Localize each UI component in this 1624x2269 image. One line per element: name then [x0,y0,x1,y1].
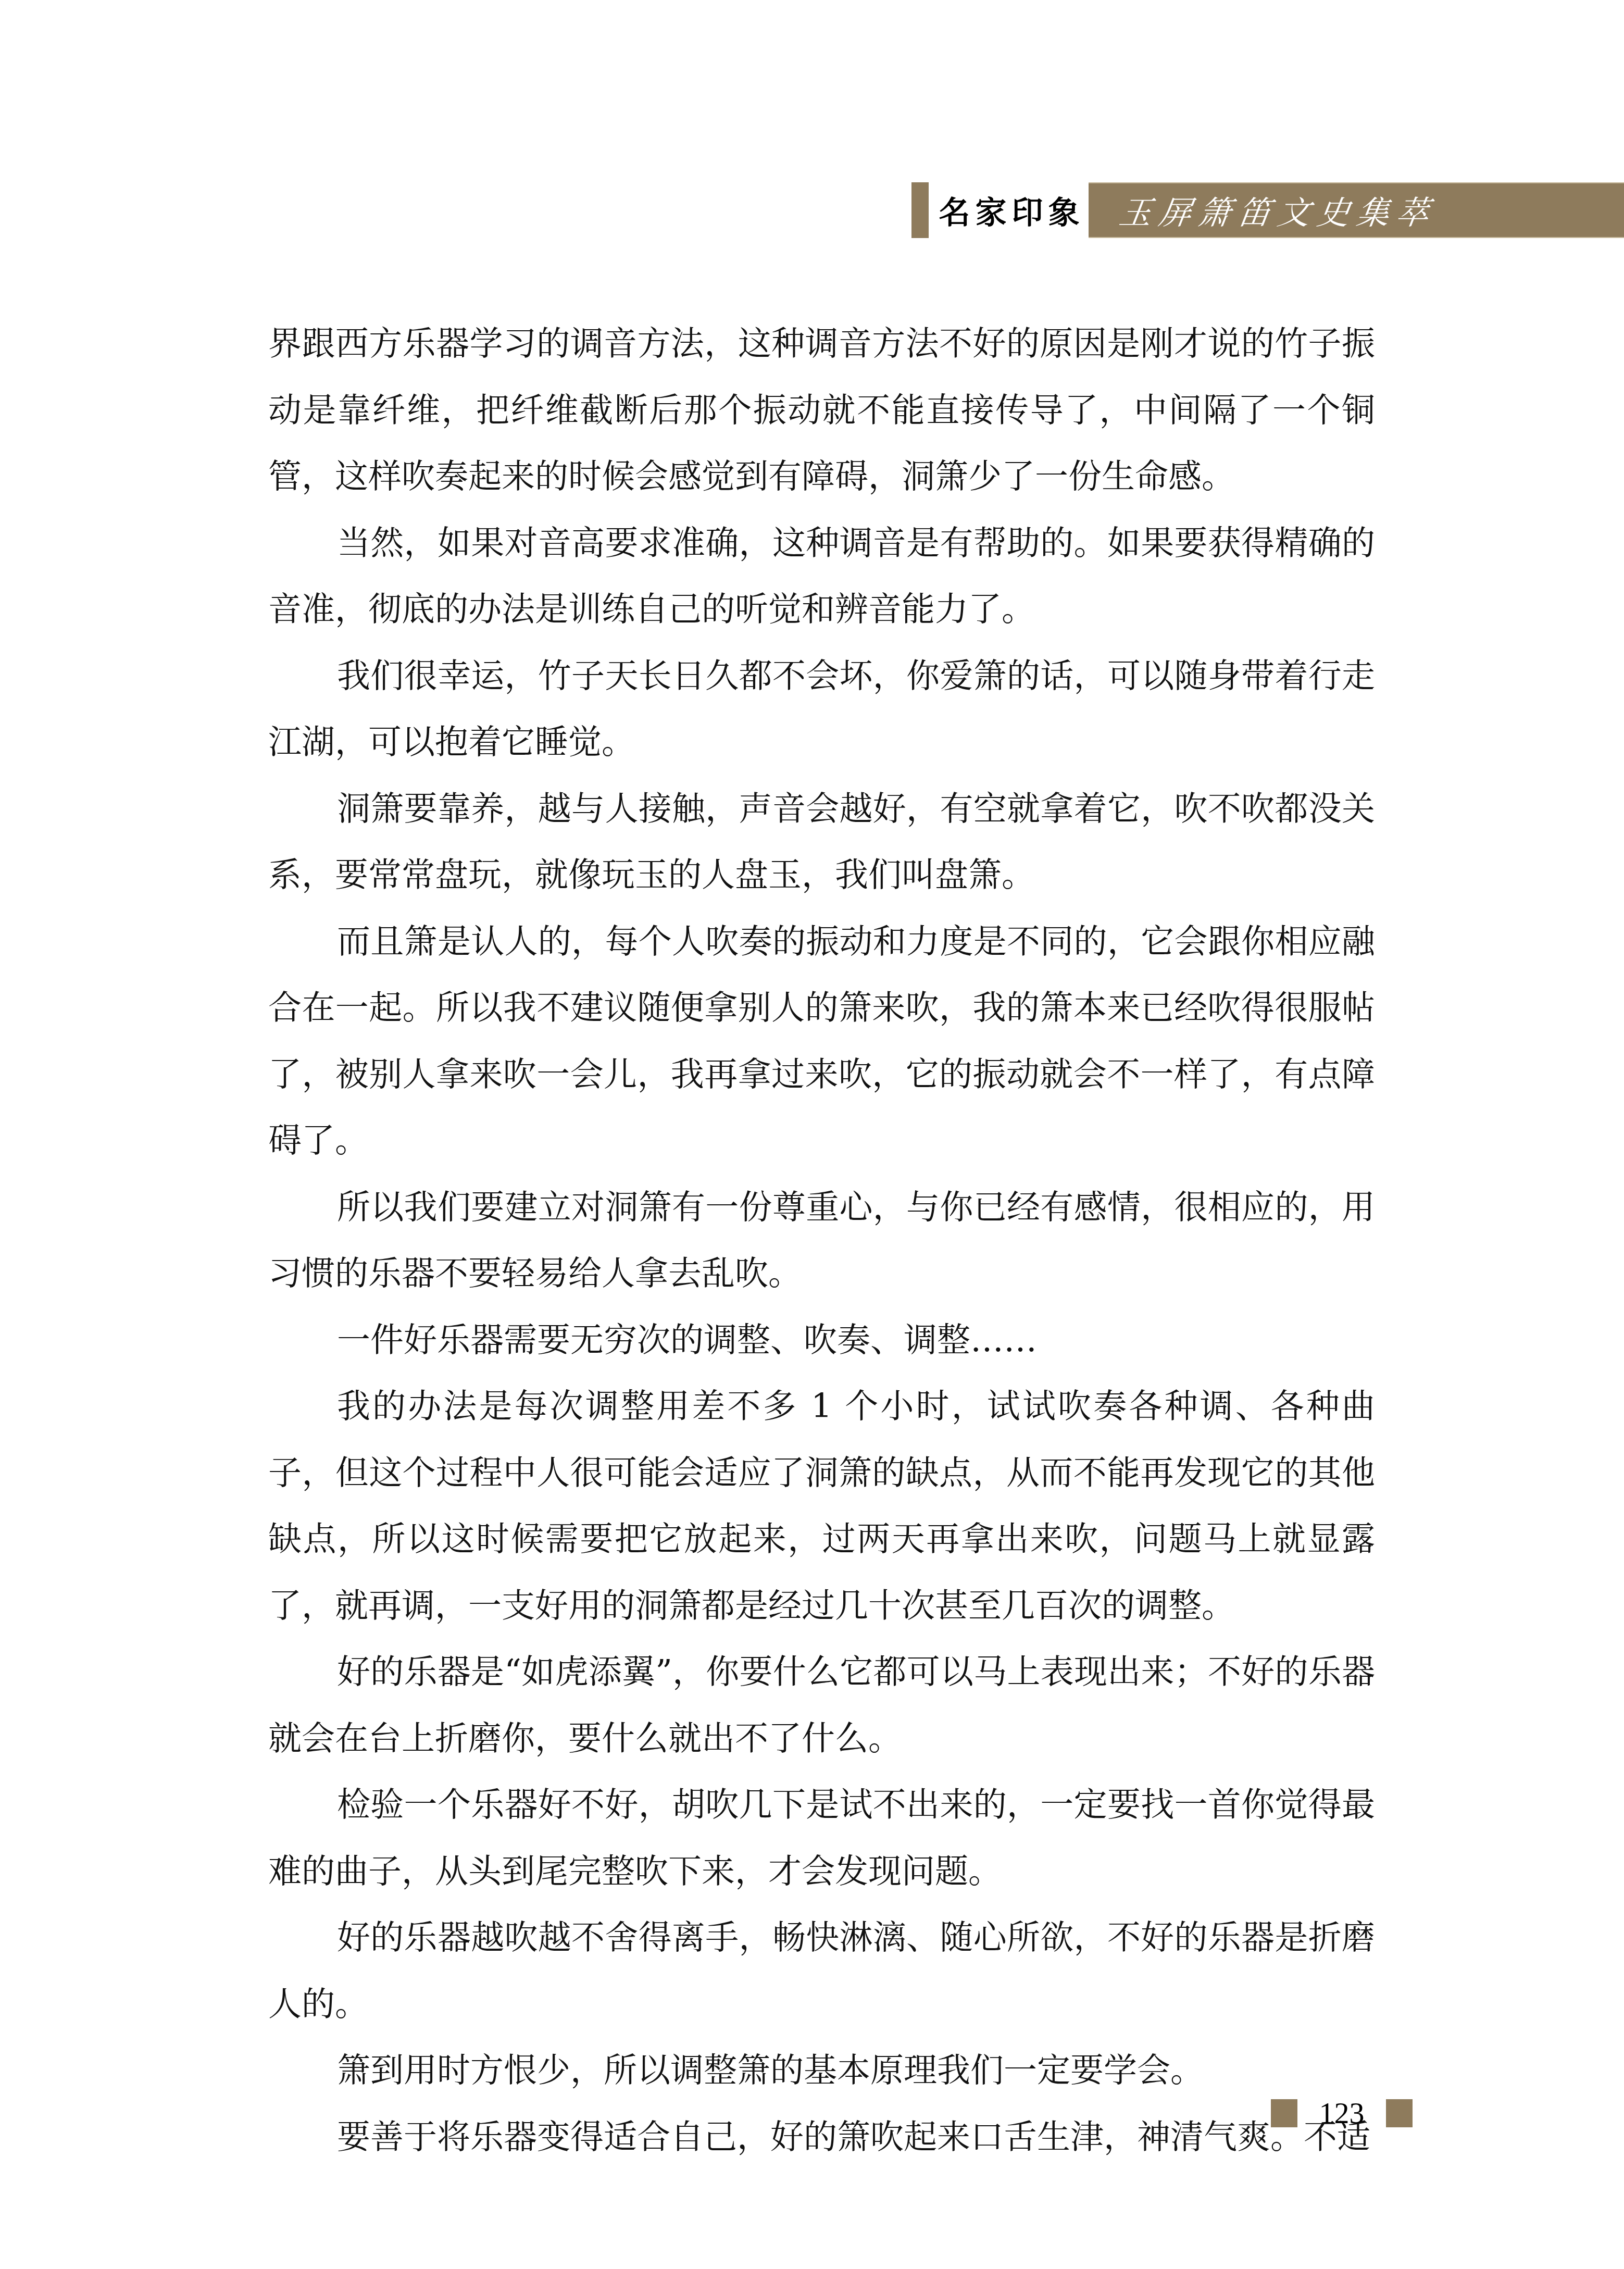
paragraph: 好的乐器是“如虎添翼”，你要什么它都可以马上表现出来；不好的乐器就会在台上折磨你… [268,1639,1375,1772]
paragraph: 好的乐器越吹越不舍得离手，畅快淋漓、随心所欲，不好的乐器是折磨人的。 [268,1905,1375,2038]
header-banner: 玉屏箫笛文史集萃 [1089,182,1624,238]
paragraph: 箫到用时方恨少，所以调整箫的基本原理我们一定要学会。 [268,2038,1375,2104]
page-number: 123 [1319,2099,1365,2127]
paragraph: 我的办法是每次调整用差不多 1 个小时，试试吹奏各种调、各种曲子，但这个过程中人… [268,1374,1375,1639]
paragraph: 界跟西方乐器学习的调音方法，这种调音方法不好的原因是刚才说的竹子振动是靠纤维，把… [268,311,1375,510]
paragraph: 一件好乐器需要无穷次的调整、吹奏、调整…… [268,1307,1375,1374]
page-footer: 123 [1271,2099,1413,2127]
paragraph: 洞箫要靠养，越与人接触，声音会越好，有空就拿着它，吹不吹都没关系，要常常盘玩，就… [268,776,1375,909]
footer-square-right [1386,2099,1413,2127]
header-accent-bar [911,182,929,238]
footer-square-left [1271,2099,1297,2127]
paragraph: 检验一个乐器好不好，胡吹几下是试不出来的，一定要找一首你觉得最难的曲子，从头到尾… [268,1772,1375,1905]
header-banner-title: 玉屏箫笛文史集萃 [1117,187,1440,233]
paragraph: 而且箫是认人的，每个人吹奏的振动和力度是不同的，它会跟你相应融合在一起。所以我不… [268,909,1375,1175]
paragraph: 所以我们要建立对洞箫有一份尊重心，与你已经有感情，很相应的，用习惯的乐器不要轻易… [268,1175,1375,1307]
paragraph: 要善于将乐器变得适合自己，好的箫吹起来口舌生津，神清气爽。不适 [268,2104,1375,2171]
header-section-label: 名家印象 [935,182,1089,238]
paragraph: 我们很幸运，竹子天长日久都不会坏，你爱箫的话，可以随身带着行走江湖，可以抱着它睡… [268,643,1375,776]
paragraph: 当然，如果对音高要求准确，这种调音是有帮助的。如果要获得精确的音准，彻底的办法是… [268,510,1375,643]
body-text: 界跟西方乐器学习的调音方法，这种调音方法不好的原因是刚才说的竹子振动是靠纤维，把… [268,311,1375,2171]
